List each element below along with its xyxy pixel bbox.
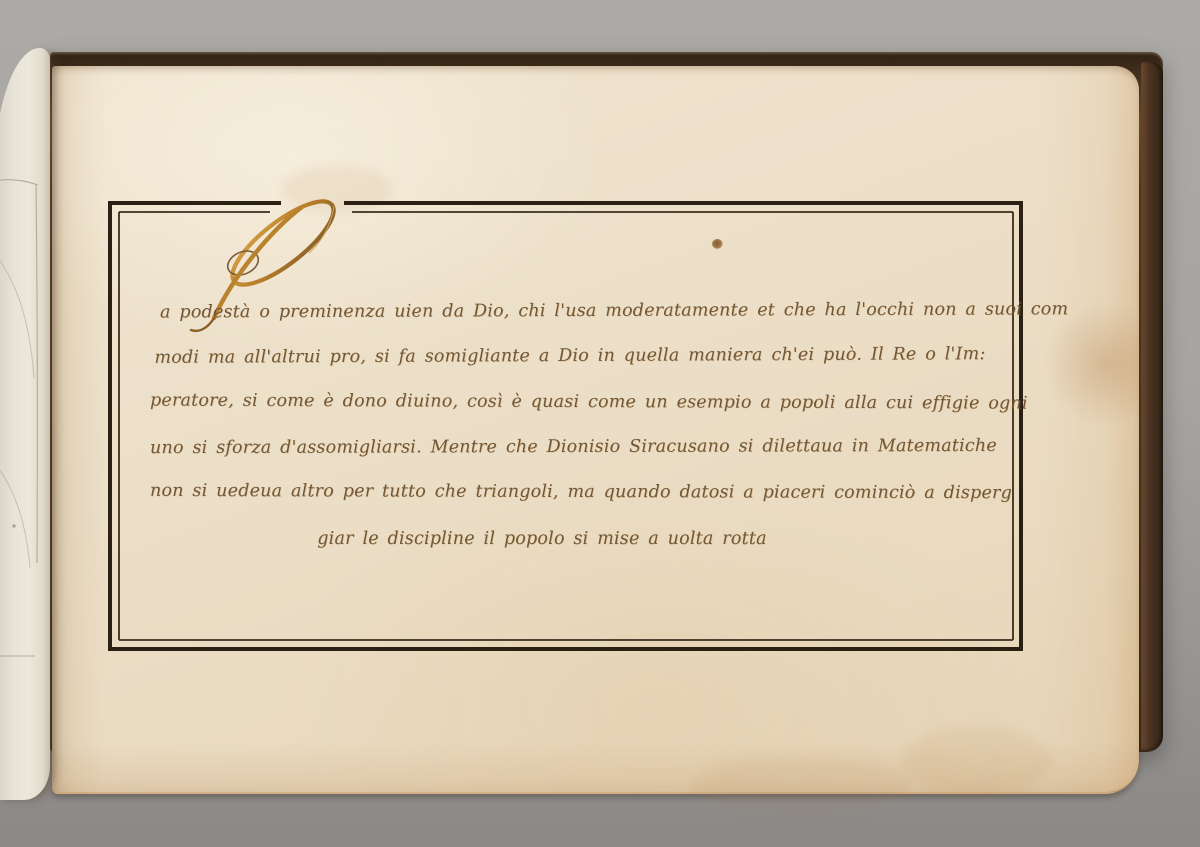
ink-spot [712,239,723,249]
paper-stain [902,726,1052,796]
book-cover-fore-edge [1141,62,1163,750]
paper-stain [692,756,912,816]
manuscript-page [52,66,1139,794]
photo-backdrop: a podestà o preminenza uien da Dio, chi … [0,0,1200,847]
paper-stain [282,166,392,212]
pencil-sketch [0,48,50,800]
turned-leaf [0,48,50,800]
